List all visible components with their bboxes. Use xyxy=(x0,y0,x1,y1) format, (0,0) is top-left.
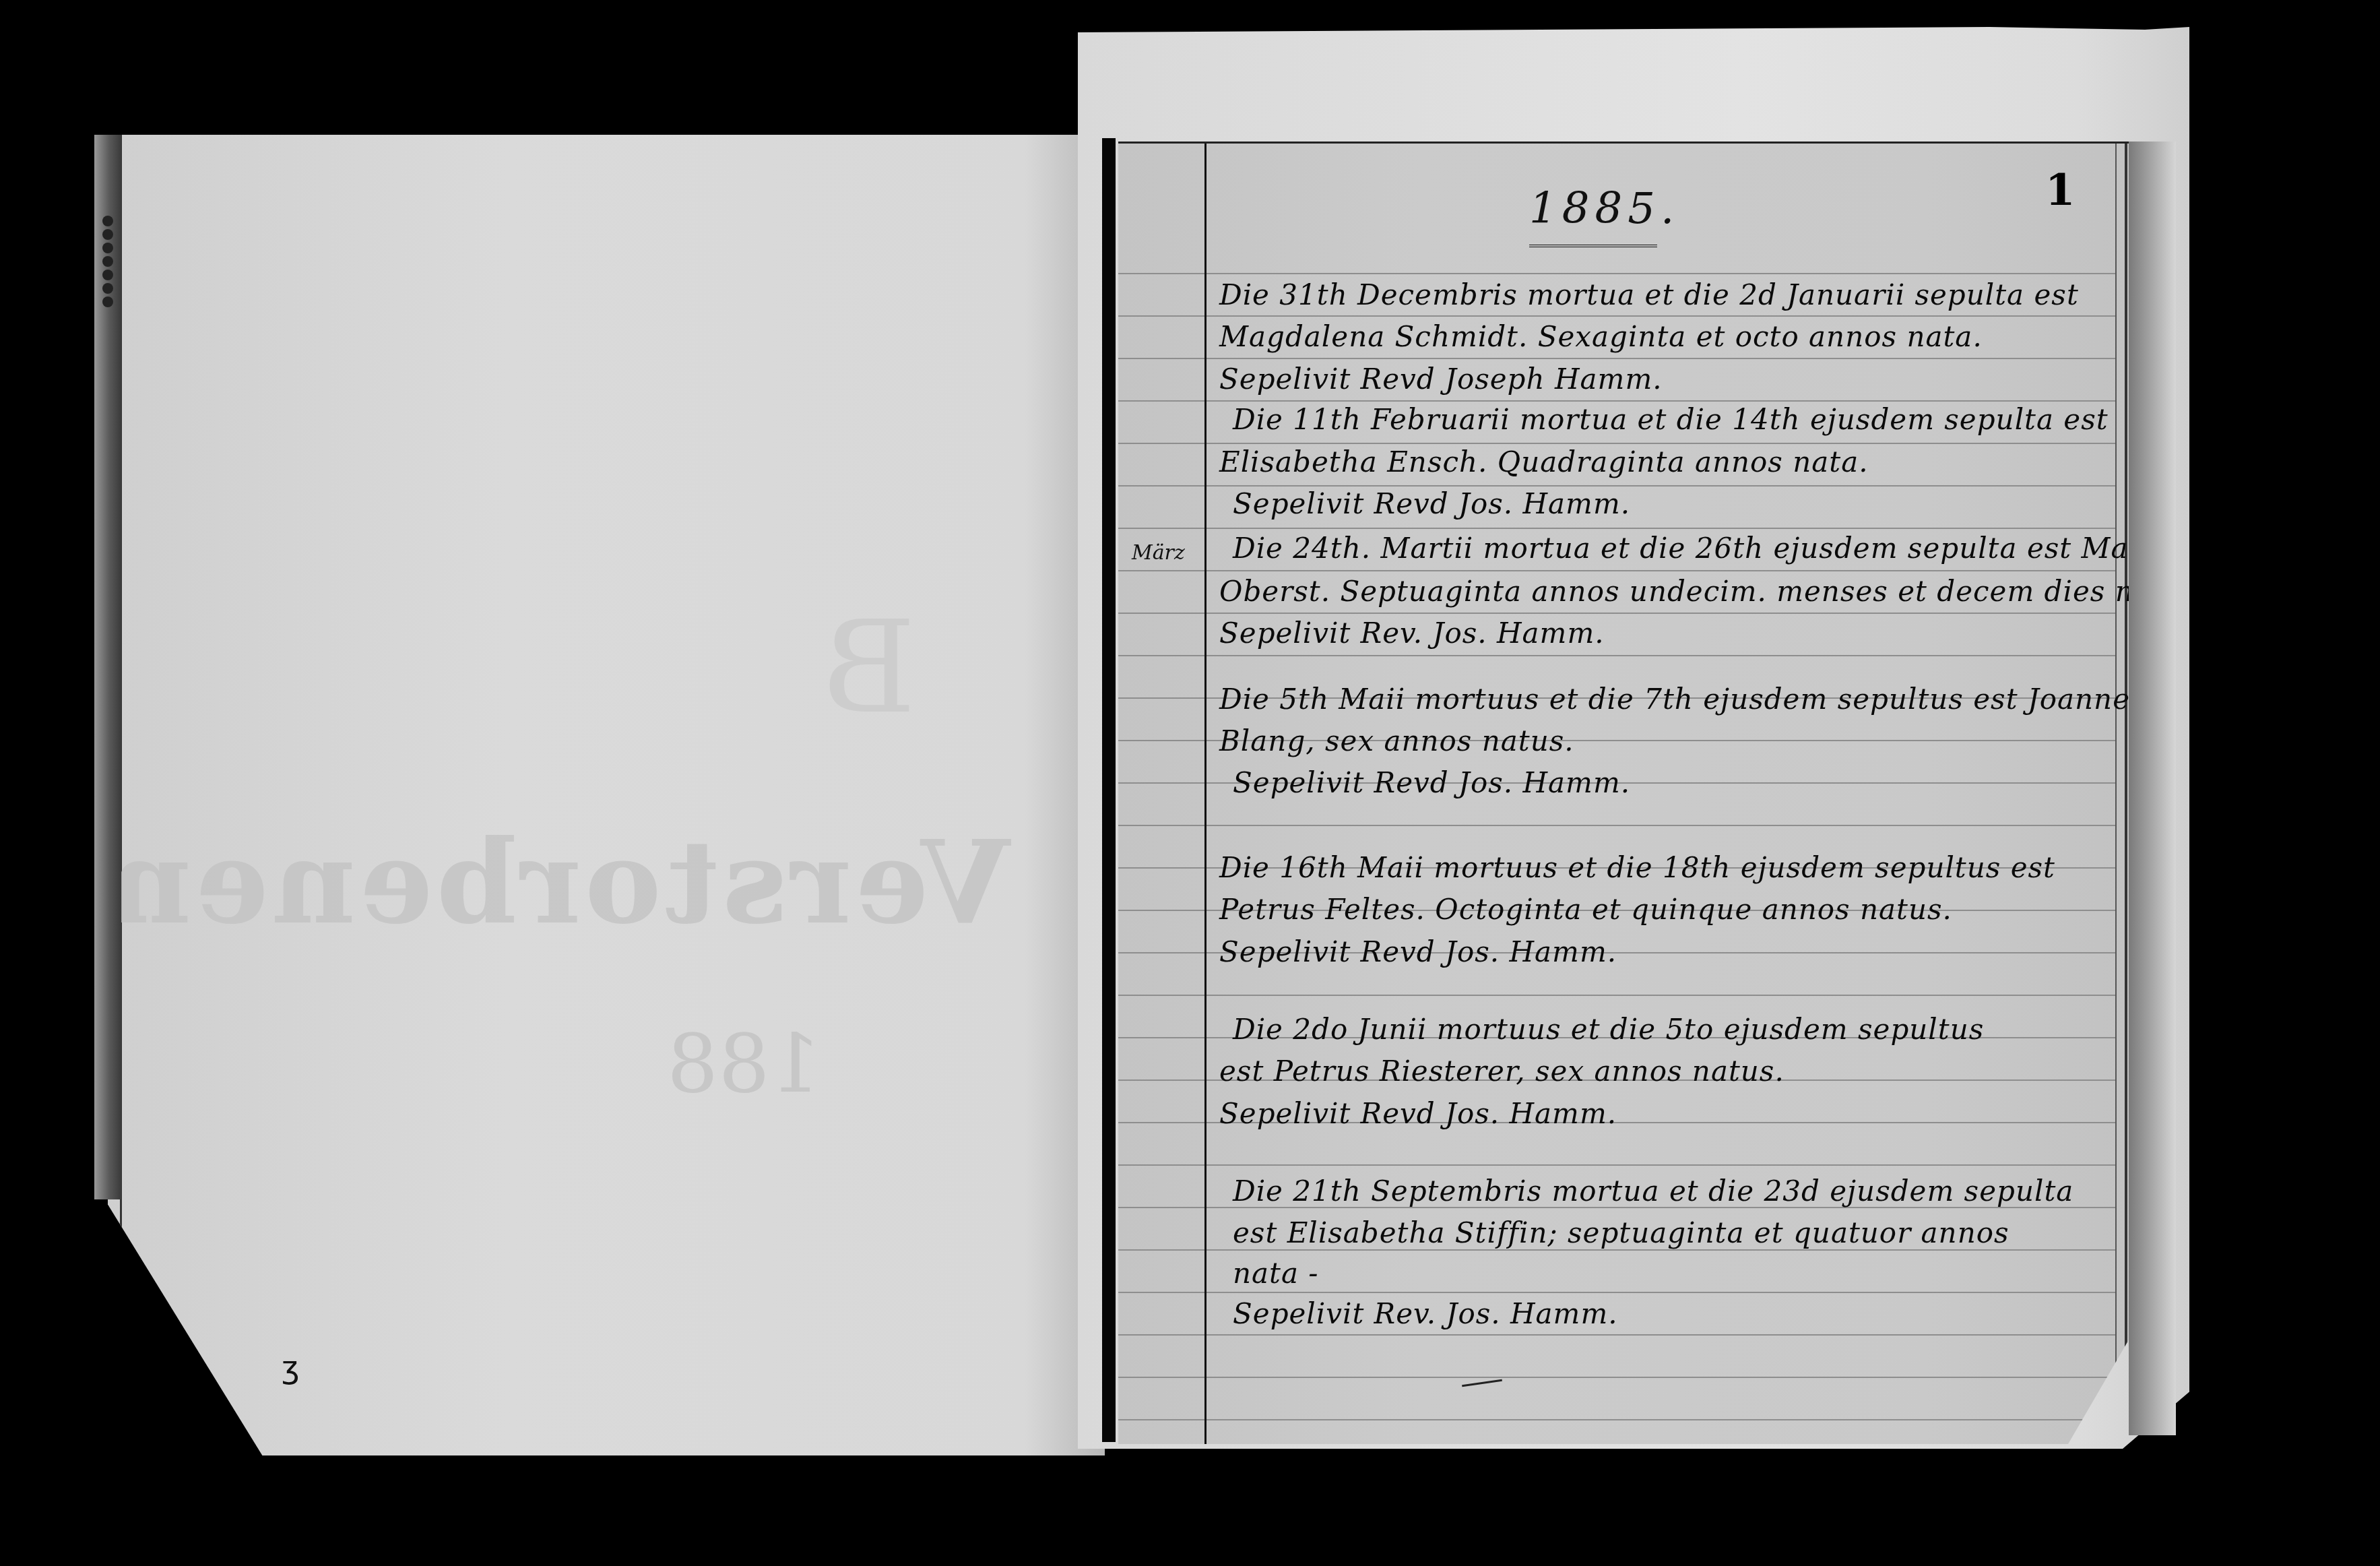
ruled-line xyxy=(1118,443,2115,444)
left-page: B Verstorbenen. 188 ʒ xyxy=(108,135,1105,1455)
binding-stitch-dot xyxy=(102,296,113,307)
ruled-line xyxy=(1118,1419,2115,1420)
stray-pen-mark xyxy=(1462,1379,1502,1387)
entry-line: Blang, sex annos natus. xyxy=(1219,724,1574,757)
ruled-line xyxy=(1118,273,2115,274)
page-edge-line xyxy=(2125,144,2127,1444)
bleed-through-year: 188 xyxy=(667,1017,821,1111)
left-binding-edge xyxy=(94,135,121,1199)
ruled-line xyxy=(1118,655,2115,656)
entry-line: Die 24th. Martii mortua et die 26th ejus… xyxy=(1233,532,2247,565)
ruled-line xyxy=(1118,825,2115,826)
ruled-line xyxy=(1118,995,2115,996)
ruled-line xyxy=(1118,1164,2115,1166)
entry-line: est Petrus Riesterer, sex annos natus. xyxy=(1219,1055,1784,1088)
entry-line: Sepelivit Revd Jos. Hamm. xyxy=(1219,935,1617,968)
entry-line: Sepelivit Rev. Jos. Hamm. xyxy=(1219,617,1605,650)
ruled-line xyxy=(1118,1249,2115,1251)
entry-line: Sepelivit Revd Jos. Hamm. xyxy=(1233,766,1630,799)
ruled-line xyxy=(1118,613,2115,614)
year-underline-flourish xyxy=(1529,238,1657,247)
entry-line: Die 2do Junii mortuus et die 5to ejusdem… xyxy=(1233,1013,1984,1046)
bleed-through-capital: B xyxy=(822,593,916,742)
ruled-line xyxy=(1118,1292,2115,1293)
binding-stitch-dot xyxy=(102,283,113,294)
year-heading: 1885. xyxy=(1529,184,1679,234)
ruled-line xyxy=(1118,358,2115,359)
entry-line: est Elisabetha Stiffin; septuaginta et q… xyxy=(1233,1216,2009,1249)
entry-line: Die 16th Maii mortuus et die 18th ejusde… xyxy=(1219,851,2055,884)
entry-line: Die 21th Septembris mortua et die 23d ej… xyxy=(1233,1174,2073,1208)
entry-line: Sepelivit Revd Jos. Hamm. xyxy=(1219,1097,1617,1130)
entry-line: Die 31th Decembris mortua et die 2d Janu… xyxy=(1219,278,2079,311)
page-edge-line xyxy=(2115,144,2117,1444)
binding-stitch-dot xyxy=(102,243,113,253)
ruled-line xyxy=(1118,1377,2115,1378)
ink-mark: ʒ xyxy=(282,1349,300,1385)
ruled-line xyxy=(1118,485,2115,487)
margin-column-line xyxy=(1204,144,1207,1444)
entry-line: Die 5th Maii mortuus et die 7th ejusdem … xyxy=(1219,683,2146,716)
ruled-line xyxy=(1118,570,2115,571)
entry-line: Oberst. Septuaginta annos undecim. mense… xyxy=(1219,575,2181,608)
ruled-line xyxy=(1118,1334,2115,1336)
page-number: 1 xyxy=(2045,165,2076,216)
bleed-through-title: Verstorbenen. xyxy=(337,815,1010,950)
entry-line: Sepelivit Revd Joseph Hamm. xyxy=(1219,363,1663,396)
entry-line: Die 11th Februarii mortua et die 14th ej… xyxy=(1233,403,2109,436)
binding-stitch-dot xyxy=(102,270,113,280)
ruled-line xyxy=(1118,315,2115,317)
flap-shadow xyxy=(2129,142,2176,1435)
binding-stitch-dot xyxy=(102,216,113,226)
entry-line: Elisabetha Ensch. Quadraginta annos nata… xyxy=(1219,445,1869,478)
binding-stitch-dot xyxy=(102,256,113,267)
book-spine-gutter xyxy=(1102,138,1116,1442)
entry-line: nata - xyxy=(1233,1257,1319,1290)
ruled-line xyxy=(1118,400,2115,402)
ruled-line xyxy=(1118,528,2115,529)
margin-note: März xyxy=(1132,541,1185,565)
entry-line: Sepelivit Rev. Jos. Hamm. xyxy=(1233,1297,1618,1330)
entry-line: Sepelivit Revd Jos. Hamm. xyxy=(1233,487,1630,520)
right-page: 1 1885. März Die 31th Decembris mortua e… xyxy=(1118,142,2129,1444)
entry-line: Petrus Feltes. Octoginta et quinque anno… xyxy=(1219,893,1952,926)
binding-stitch-dot xyxy=(102,229,113,240)
entry-line: Magdalena Schmidt. Sexaginta et octo ann… xyxy=(1219,320,1983,353)
